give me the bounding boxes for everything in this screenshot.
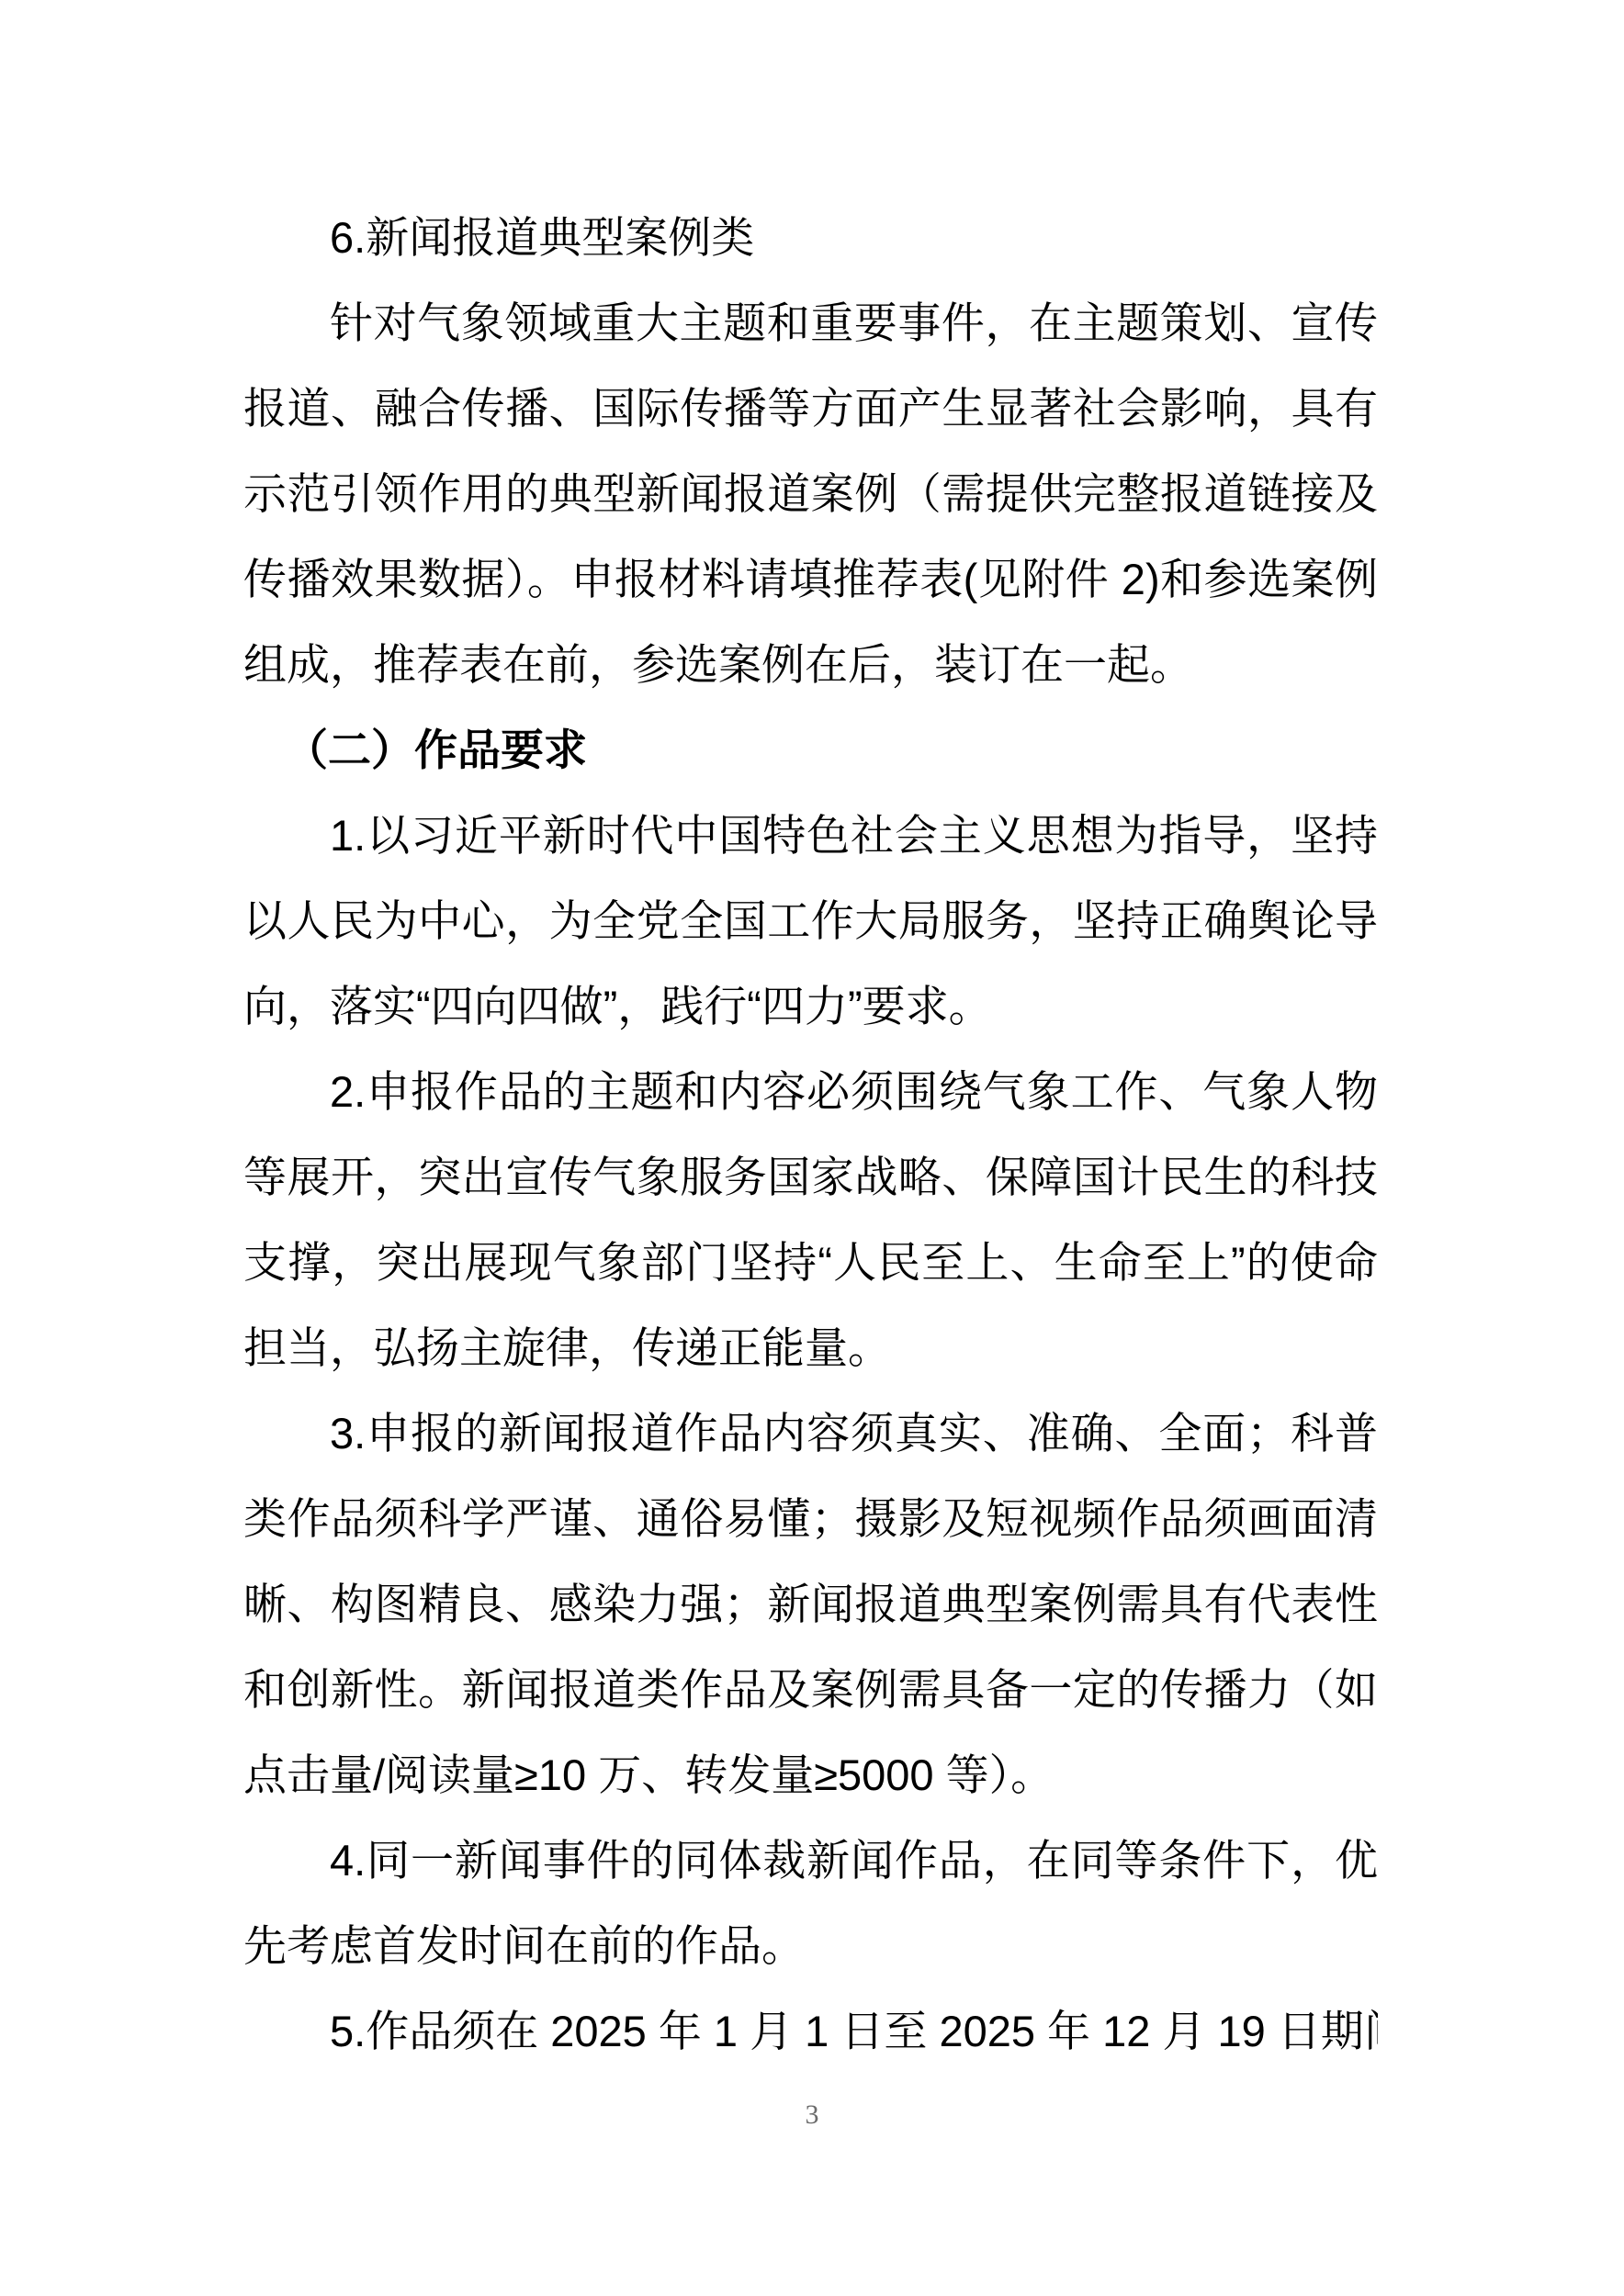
page-number: 3 [0, 2097, 1624, 2133]
paragraph: 3.申报的新闻报道作品内容须真实、准确、全面；科普类作品须科学严谨、通俗易懂；摄… [243, 1390, 1378, 1818]
paragraph-line: 和创新性。新闻报道类作品及案例需具备一定的传播力（如 [243, 1647, 1378, 1732]
paragraph-line: 点击量/阅读量≥10 万、转发量≥5000 等）。 [243, 1732, 1378, 1818]
paragraph: 6.新闻报道典型案例类 [243, 195, 1378, 280]
paragraph: 1.以习近平新时代中国特色社会主义思想为指导，坚持以人民为中心，为全党全国工作大… [243, 793, 1378, 1049]
paragraph-line: 针对气象领域重大主题和重要事件，在主题策划、宣传 [243, 280, 1378, 366]
paragraph: 针对气象领域重大主题和重要事件，在主题策划、宣传报道、融合传播、国际传播等方面产… [243, 280, 1378, 707]
paragraph-line: 以人民为中心，为全党全国工作大局服务，坚持正确舆论导 [243, 878, 1378, 963]
paragraph-line: 3.申报的新闻报道作品内容须真实、准确、全面；科普 [243, 1390, 1378, 1476]
paragraph-line: 支撑，突出展现气象部门坚持“人民至上、生命至上”的使命 [243, 1220, 1378, 1305]
paragraph-line: 报道、融合传播、国际传播等方面产生显著社会影响，具有 [243, 366, 1378, 451]
paragraph-line: 先考虑首发时间在前的作品。 [243, 1903, 1378, 1988]
paragraph-line: 4.同一新闻事件的同体裁新闻作品，在同等条件下，优 [243, 1818, 1378, 1903]
paragraph: 2.申报作品的主题和内容必须围绕气象工作、气象人物等展开，突出宣传气象服务国家战… [243, 1049, 1378, 1390]
paragraph: 4.同一新闻事件的同体裁新闻作品，在同等条件下，优先考虑首发时间在前的作品。 [243, 1818, 1378, 1988]
paragraph-line: 晰、构图精良、感染力强；新闻报道典型案例需具有代表性 [243, 1561, 1378, 1647]
paragraph-line: 6.新闻报道典型案例类 [243, 195, 1378, 280]
section-heading: （二）作品要求 [243, 707, 1378, 793]
document-body: 6.新闻报道典型案例类针对气象领域重大主题和重要事件，在主题策划、宣传报道、融合… [0, 0, 1624, 2074]
paragraph-line: 向，落实“四向四做”，践行“四力”要求。 [243, 963, 1378, 1049]
paragraph-line: 1.以习近平新时代中国特色社会主义思想为指导，坚持 [243, 793, 1378, 878]
paragraph-line: 2.申报作品的主题和内容必须围绕气象工作、气象人物 [243, 1049, 1378, 1134]
document-page: 6.新闻报道典型案例类针对气象领域重大主题和重要事件，在主题策划、宣传报道、融合… [0, 0, 1624, 2296]
paragraph-line: 示范引领作用的典型新闻报道案例（需提供完整报道链接及 [243, 451, 1378, 536]
section-heading-text: （二）作品要求 [243, 707, 1378, 793]
paragraph-line: 类作品须科学严谨、通俗易懂；摄影及短视频作品须画面清 [243, 1476, 1378, 1561]
paragraph-line: 5.作品须在 2025 年 1 月 1 日至 2025 年 12 月 19 日期… [243, 1988, 1378, 2074]
paragraph-line: 传播效果数据）。申报材料请填推荐表(见附件 2)和参选案例 [243, 536, 1378, 622]
paragraph-line: 等展开，突出宣传气象服务国家战略、保障国计民生的科技 [243, 1134, 1378, 1220]
paragraph-line: 担当，弘扬主旋律，传递正能量。 [243, 1305, 1378, 1390]
paragraph: 5.作品须在 2025 年 1 月 1 日至 2025 年 12 月 19 日期… [243, 1988, 1378, 2074]
paragraph-line: 组成，推荐表在前，参选案例在后，装订在一起。 [243, 622, 1378, 707]
